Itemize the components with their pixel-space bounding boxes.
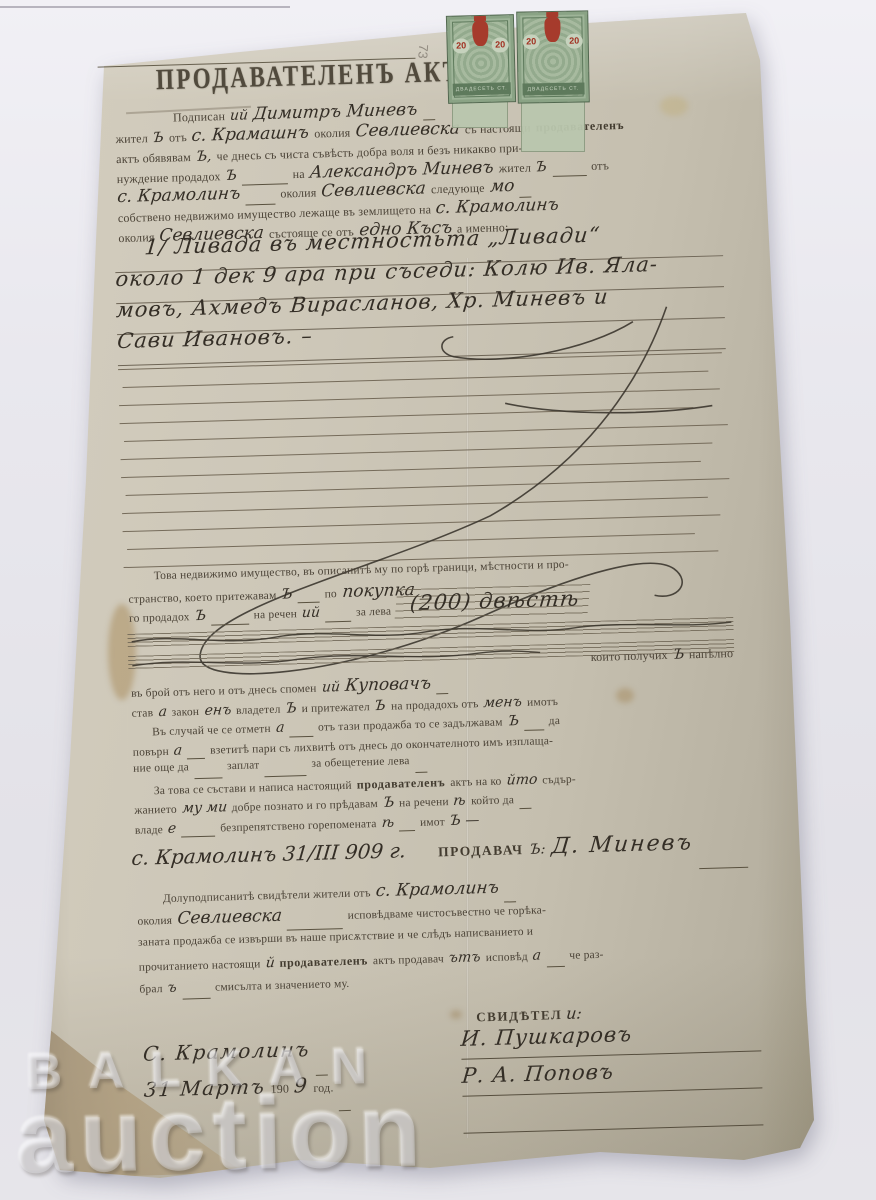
blank-rule <box>546 964 564 968</box>
blank-rule <box>211 621 249 625</box>
text-segment: отъ <box>591 159 609 171</box>
text-segment: менъ <box>483 694 523 709</box>
text-segment: смисълта и значението му. <box>215 979 350 994</box>
pencil-note: 73 <box>415 44 431 59</box>
text-segment: актъ на ко <box>450 776 502 789</box>
text-segment: повърн <box>133 746 169 759</box>
text-segment: 190 <box>270 1083 289 1096</box>
blank-rule <box>242 181 288 185</box>
place-and-date-block: С. Крамолинъ31 Мартъ1909год. <box>143 1038 477 1119</box>
text-segment: съдър- <box>542 774 576 786</box>
text-segment: на продадохъ отъ <box>391 699 479 713</box>
text-segment: на <box>293 168 305 180</box>
stamp-value: 20 <box>523 34 540 49</box>
text-segment: които получих <box>591 649 668 663</box>
lion-crest-icon <box>472 20 489 46</box>
text-segment: околия <box>137 916 172 928</box>
text-segment: 9 <box>293 1075 309 1095</box>
text-segment: ий <box>321 680 340 695</box>
document-line: 31 Мартъ1909год. <box>144 1074 477 1119</box>
signature-rule <box>699 865 748 869</box>
text-segment: 31 Мартъ <box>143 1076 266 1099</box>
text-segment: го продадох <box>129 612 190 625</box>
photo-of-document: { "photo": { "watermark": { "line1": "BA… <box>0 0 876 1200</box>
revenue-stamp: 20 20 ДВАДЕСЕТЬ СТ. <box>446 14 516 104</box>
blank-rule <box>436 691 448 694</box>
text-segment: мо <box>489 178 515 196</box>
blank-rule <box>339 1108 351 1111</box>
paragraph-obligations: въ брой отъ него и отъ днесь споменийКуп… <box>131 669 753 842</box>
text-segment: Ъ <box>535 160 547 174</box>
text-segment: Ъ <box>382 796 394 810</box>
text-segment: Ъ <box>194 609 206 623</box>
text-segment: став <box>132 708 154 720</box>
stamp-selvage <box>521 100 585 152</box>
text-segment: Долуподписанитѣ свидѣтели жители отъ <box>163 888 371 905</box>
blank-ruled-lines <box>118 335 728 568</box>
blank-rule <box>415 769 427 772</box>
text-segment: а <box>532 949 542 963</box>
text-segment: (200) двѣстѣ <box>394 584 591 624</box>
lion-crest-icon <box>544 16 560 42</box>
text-segment: Севлиевска <box>321 180 427 200</box>
text-segment: за лева <box>356 607 391 619</box>
text-segment: с. Крамолинъ <box>375 880 500 900</box>
text-segment: Р. А. Поповъ <box>461 1062 615 1087</box>
witness-signatures-block: И. ПушкаровъР. А. Поповъ <box>460 1014 763 1133</box>
text-segment: Ъ — <box>449 813 480 828</box>
text-segment: безпрепятствено горепомената <box>220 819 377 835</box>
text-segment: продавателенъ <box>279 954 368 968</box>
blank-rule <box>265 773 307 777</box>
text-segment: ѣ <box>453 794 467 808</box>
text-segment: йто <box>506 772 538 787</box>
stamp-value: 20 <box>452 38 469 53</box>
text-segment: брал <box>139 984 163 996</box>
text-segment: ий <box>229 108 248 123</box>
stamp-denomination: ДВАДЕСЕТЬ СТ. <box>453 82 511 96</box>
text-segment: жител <box>115 132 148 145</box>
text-segment: С. Крамолинъ <box>142 1039 311 1064</box>
text-segment: И. Пушкаровъ <box>460 1024 633 1050</box>
text-segment: по <box>324 589 337 601</box>
text-segment: актъ обявявам <box>116 151 191 165</box>
document-title: ПРОДАВАТЕЛЕНЪ АКТЪ <box>156 56 481 94</box>
text-segment: прочитанието настоящи <box>139 959 261 974</box>
text-segment: Севлиевска <box>355 120 461 140</box>
text-segment: Ъ <box>672 647 684 661</box>
seller-signature: Д. Миневъ <box>550 832 694 858</box>
text-segment: околия <box>280 187 317 200</box>
text-segment: актъ продавач <box>373 954 444 967</box>
blank-rule <box>399 828 415 831</box>
text-segment: Ъ <box>281 587 293 601</box>
text-segment: а <box>158 704 168 718</box>
blank-rule <box>325 618 351 622</box>
stamp-value: 20 <box>566 33 583 48</box>
text-segment: ътъ <box>448 950 481 965</box>
blank-rule <box>504 899 516 902</box>
text-segment: Подписан <box>173 110 225 123</box>
text-segment: с. Крамашнъ <box>191 125 310 145</box>
stamp-value: 20 <box>491 37 508 52</box>
text-segment: отъ тази продажба то се задължавам <box>318 718 503 735</box>
blank-rule <box>316 1073 328 1076</box>
text-segment: нуждение продадох <box>117 170 221 185</box>
text-segment: имотъ <box>527 696 558 708</box>
text-segment: Ъ <box>152 131 164 145</box>
text-segment: ий <box>301 606 320 621</box>
blank-rule <box>524 727 544 731</box>
text-segment: имот <box>420 817 445 829</box>
receipt-note: които получихЪнапѣлно <box>591 646 739 664</box>
text-segment: Ъ <box>225 169 237 183</box>
text-segment: а <box>275 721 285 735</box>
blank-rule <box>287 926 343 931</box>
text-segment: отъ <box>169 131 187 143</box>
text-segment: е <box>167 821 177 835</box>
text-segment: Куповачъ <box>344 675 432 694</box>
text-segment: на речен <box>254 609 298 622</box>
blank-rule <box>519 805 531 808</box>
spacer <box>413 875 433 878</box>
text-segment: напѣлно <box>689 647 734 660</box>
revenue-stamp: 20 20 ДВАДЕСЕТЬ СТ. <box>516 10 590 103</box>
text-segment: въ брой отъ него и отъ днесь спомен <box>131 684 317 701</box>
text-segment: владе <box>135 825 163 837</box>
seller-label-suffix: Ъ: <box>529 842 546 856</box>
blank-rule <box>182 996 210 1000</box>
seller-label: ПРОДАВАЧ <box>438 843 524 859</box>
text-segment: странство, което притежавам <box>128 590 276 606</box>
text-segment: й <box>265 956 275 970</box>
text-segment: За това се състави и написа настоящий <box>154 780 352 797</box>
text-segment: закон <box>171 706 199 718</box>
text-segment: владетел <box>236 704 281 717</box>
text-segment: Ъ <box>285 701 297 715</box>
document-line <box>463 1088 764 1133</box>
stamp-selvage <box>452 100 508 128</box>
text-segment: за обещетение лева <box>311 756 410 770</box>
blank-rule <box>181 834 215 838</box>
text-segment: му ми <box>181 800 227 815</box>
blank-rule <box>194 775 222 779</box>
text-segment: а <box>173 743 183 757</box>
text-segment: жител <box>499 162 532 175</box>
text-segment: с. Крамолинъ <box>116 186 241 206</box>
document-content: ПРОДАВАТЕЛЕНЪ АКТЪ ПодписанийДимитръ Мин… <box>98 49 769 1181</box>
text-segment: Севлиевска <box>176 908 282 928</box>
text-segment: и притежател <box>302 702 371 715</box>
blank-rule <box>289 733 313 737</box>
blank-rule <box>246 202 276 206</box>
text-segment: ѣ <box>381 815 395 829</box>
blank-rule <box>187 756 205 760</box>
text-segment: околия <box>314 127 351 140</box>
text-segment: Ъ, <box>195 149 212 163</box>
text-segment: исповѣд <box>486 952 528 965</box>
paragraph-witness-statement: Долуподписанитѣ свидѣтели жители отъс. К… <box>137 877 758 1004</box>
text-segment: следующе <box>431 182 485 195</box>
text-segment: добре познато и го прѣдавам <box>232 799 379 815</box>
text-segment: Ъ <box>374 698 386 712</box>
text-segment: заплат <box>227 760 260 772</box>
blank-rule <box>552 173 586 177</box>
text-segment: че раз- <box>569 950 604 962</box>
text-segment: Въ случай че се отметн <box>152 724 271 739</box>
stamp-denomination: ДВАДЕСЕТЬ СТ. <box>522 82 584 95</box>
text-segment: ние още да <box>133 762 189 775</box>
text-segment: продавателенъ <box>357 776 446 790</box>
text-segment: на речени <box>399 797 449 810</box>
date-place-handwritten: с. Крамолинъ 31/III 909 г. <box>131 840 407 868</box>
text-segment: ъ <box>167 981 178 995</box>
text-segment: год. <box>313 1081 334 1094</box>
text-segment: Ъ <box>507 714 519 728</box>
text-segment: който да <box>471 795 514 808</box>
text-segment: енъ <box>203 703 231 718</box>
text-segment: да <box>549 716 561 728</box>
blank-rule <box>298 600 320 604</box>
text-segment: с. Крамолинъ <box>435 197 560 217</box>
text-segment: жанието <box>134 805 177 818</box>
